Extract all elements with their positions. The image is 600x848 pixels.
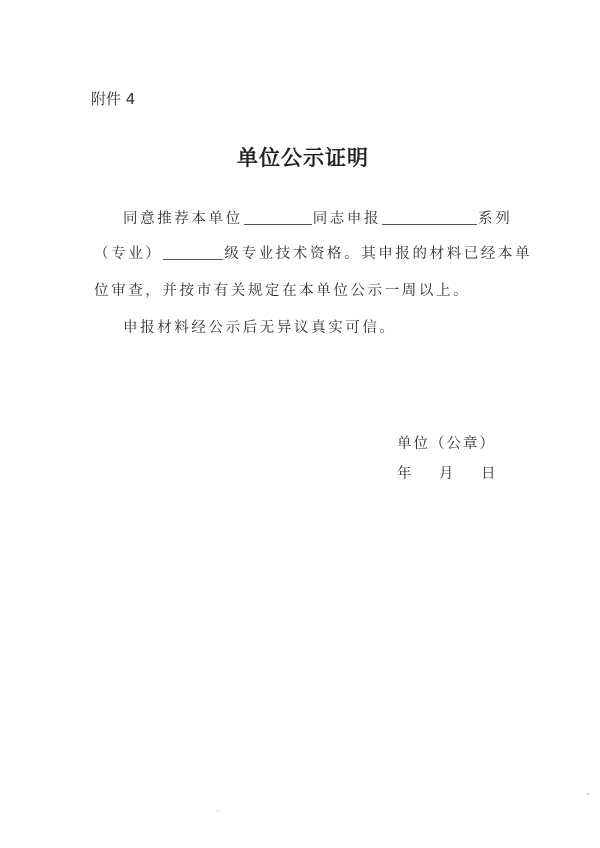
scan-speck xyxy=(587,793,589,795)
paragraph-2: 申报材料经公示后无异议真实可信。 xyxy=(123,316,397,337)
signature-date: 年月日 xyxy=(397,462,498,483)
date-day-label: 日 xyxy=(481,462,498,483)
level-blank[interactable] xyxy=(163,244,223,260)
date-month-label: 月 xyxy=(439,462,481,483)
paragraph-line-1: 同意推荐本单位同志申报系列 xyxy=(123,207,512,228)
recommend-text: 同意推荐本单位 xyxy=(123,211,243,227)
qualification-text: 级专业技术资格。其申报的材料已经本单 xyxy=(224,246,532,262)
document-page: 附件 4 单位公示证明 同意推荐本单位同志申报系列 （专业）级专业技术资格。其申… xyxy=(0,0,600,848)
attachment-label: 附件 4 xyxy=(91,88,135,109)
unit-name-blank[interactable] xyxy=(244,209,312,225)
specialty-text: （专业） xyxy=(94,246,162,262)
paragraph-line-2: （专业）级专业技术资格。其申报的材料已经本单 xyxy=(94,242,532,263)
apply-text: 同志申报 xyxy=(313,211,381,227)
document-title: 单位公示证明 xyxy=(0,142,600,172)
series-text: 系列 xyxy=(478,211,512,227)
date-year-label: 年 xyxy=(397,462,439,483)
series-blank[interactable] xyxy=(382,209,477,225)
paragraph-line-3: 位审查，并按市有关规定在本单位公示一周以上。 xyxy=(94,279,470,300)
scan-speck xyxy=(217,810,218,812)
unit-seal-label: 单位（公章） xyxy=(397,432,496,453)
review-text: 位审查，并按市有关规定在本单位公示一周以上。 xyxy=(94,283,470,299)
